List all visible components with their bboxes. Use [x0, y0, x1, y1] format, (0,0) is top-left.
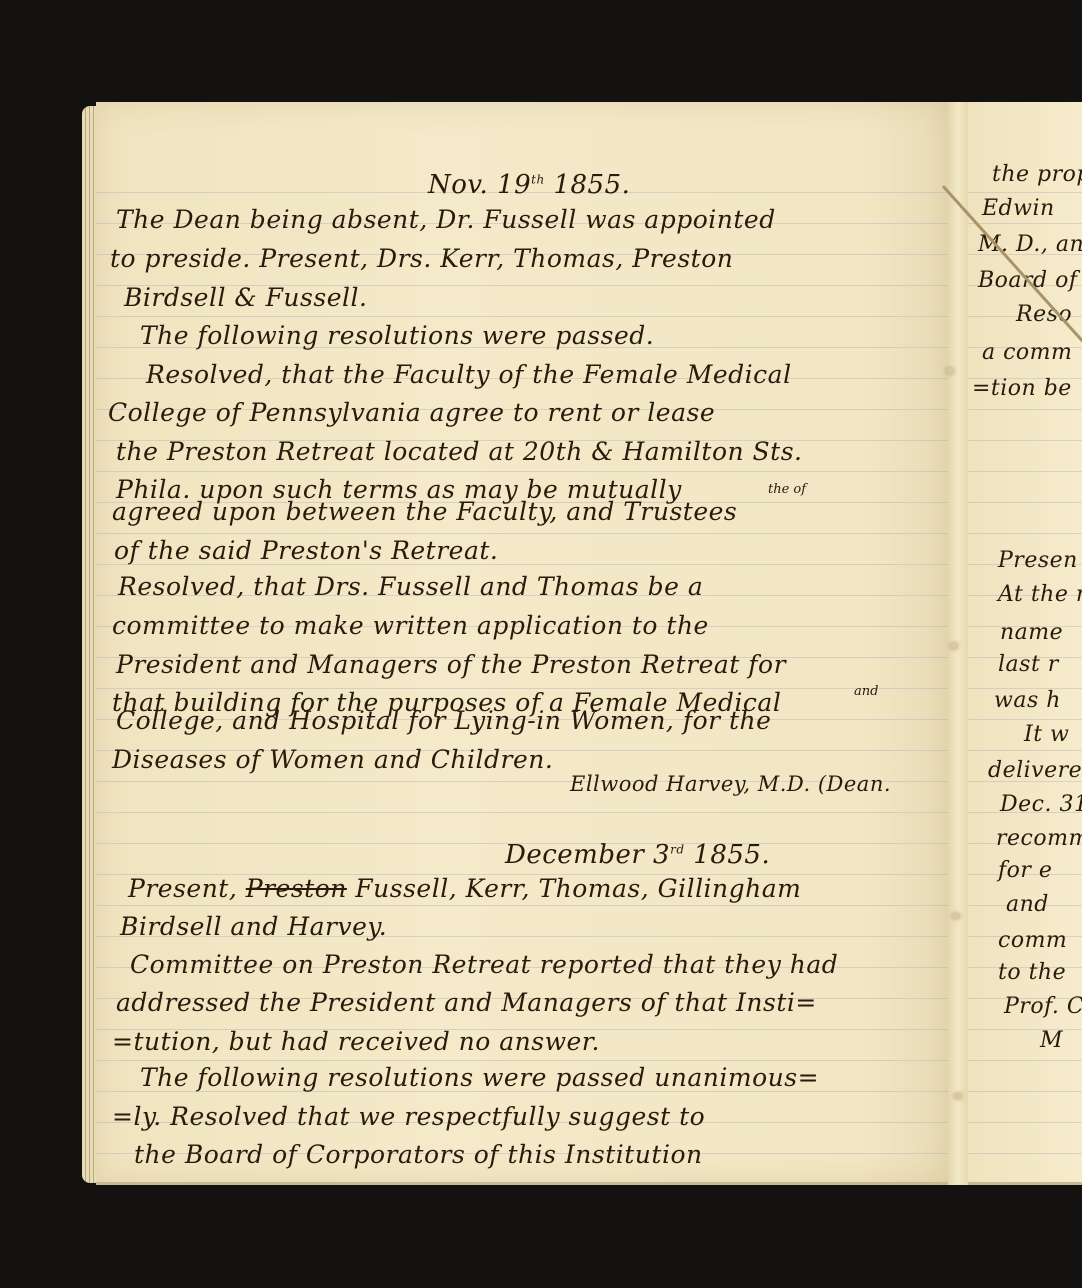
- fragment-line: At the r: [998, 582, 1082, 607]
- fragment-line: name: [1000, 620, 1063, 645]
- fragment-line: Prof. C: [1004, 994, 1082, 1019]
- text-line: Committee on Preston Retreat reported th…: [130, 950, 838, 979]
- fragment-line: Presen: [998, 548, 1078, 573]
- fragment-line: a comm: [982, 340, 1072, 365]
- dean-signature: Ellwood Harvey, M.D. (Dean.: [570, 772, 891, 796]
- fragment-line: delivered: [988, 758, 1082, 783]
- fragment-line: to the: [998, 960, 1066, 985]
- text-line: Birdsell and Harvey.: [120, 912, 387, 941]
- text-line: The following resolutions were passed.: [140, 321, 654, 350]
- fragment-line: last r: [998, 652, 1059, 677]
- text-line: agreed upon between the Faculty, and Tru…: [112, 497, 737, 526]
- text-line: the Preston Retreat located at 20th & Ha…: [116, 437, 803, 466]
- insertion-mark: and: [854, 684, 878, 699]
- text-line: addressed the President and Managers of …: [116, 988, 817, 1017]
- fragment-line: =tion be: [972, 376, 1072, 401]
- stitch-hole: [950, 643, 958, 649]
- text-line: President and Managers of the Preston Re…: [116, 650, 786, 679]
- fragment-line: was h: [994, 688, 1061, 713]
- text-line: the Board of Corporators of this Institu…: [134, 1140, 703, 1169]
- stitch-hole: [946, 368, 954, 374]
- fragment-line: for e: [998, 858, 1052, 883]
- text-line: of the said Preston's Retreat.: [114, 536, 498, 565]
- text-line: Resolved, that Drs. Fussell and Thomas b…: [118, 572, 703, 601]
- entry-date-nov-1855: Nov. 19th 1855.: [428, 170, 630, 200]
- fragment-line: and: [1006, 892, 1049, 917]
- text-line: The following resolutions were passed un…: [140, 1063, 819, 1092]
- text-line: =tution, but had received no answer.: [112, 1027, 600, 1056]
- text-line: The Dean being absent, Dr. Fussell was a…: [116, 205, 776, 234]
- stitch-hole: [952, 913, 960, 919]
- text-line: College of Pennsylvania agree to rent or…: [108, 398, 715, 427]
- insertion-mark: the of: [768, 482, 806, 497]
- text-line: =ly. Resolved that we respectfully sugge…: [112, 1102, 705, 1131]
- entry-date-dec-1855: December 3rd 1855.: [505, 840, 770, 870]
- text-line: Birdsell & Fussell.: [124, 283, 367, 312]
- fragment-line: M: [1040, 1028, 1063, 1053]
- text-line-present: Present, Preston Fussell, Kerr, Thomas, …: [128, 874, 801, 903]
- text-line: committee to make written application to…: [112, 611, 709, 640]
- fragment-line: comm: [998, 928, 1067, 953]
- fragment-line: It w: [1024, 722, 1069, 747]
- fragment-line: Dec. 31: [1000, 792, 1082, 817]
- text-line: Resolved, that the Faculty of the Female…: [146, 360, 792, 389]
- stitch-hole: [954, 1093, 962, 1099]
- text-line: College, and Hospital for Lying-in Women…: [116, 706, 771, 735]
- struck-name: Preston: [246, 874, 347, 903]
- text-line: to preside. Present, Drs. Kerr, Thomas, …: [110, 244, 733, 273]
- text-line: Diseases of Women and Children.: [112, 745, 553, 774]
- fragment-line: Edwin: [982, 196, 1055, 221]
- fragment-line: recomm: [996, 826, 1082, 851]
- fragment-line: the prop: [992, 162, 1082, 187]
